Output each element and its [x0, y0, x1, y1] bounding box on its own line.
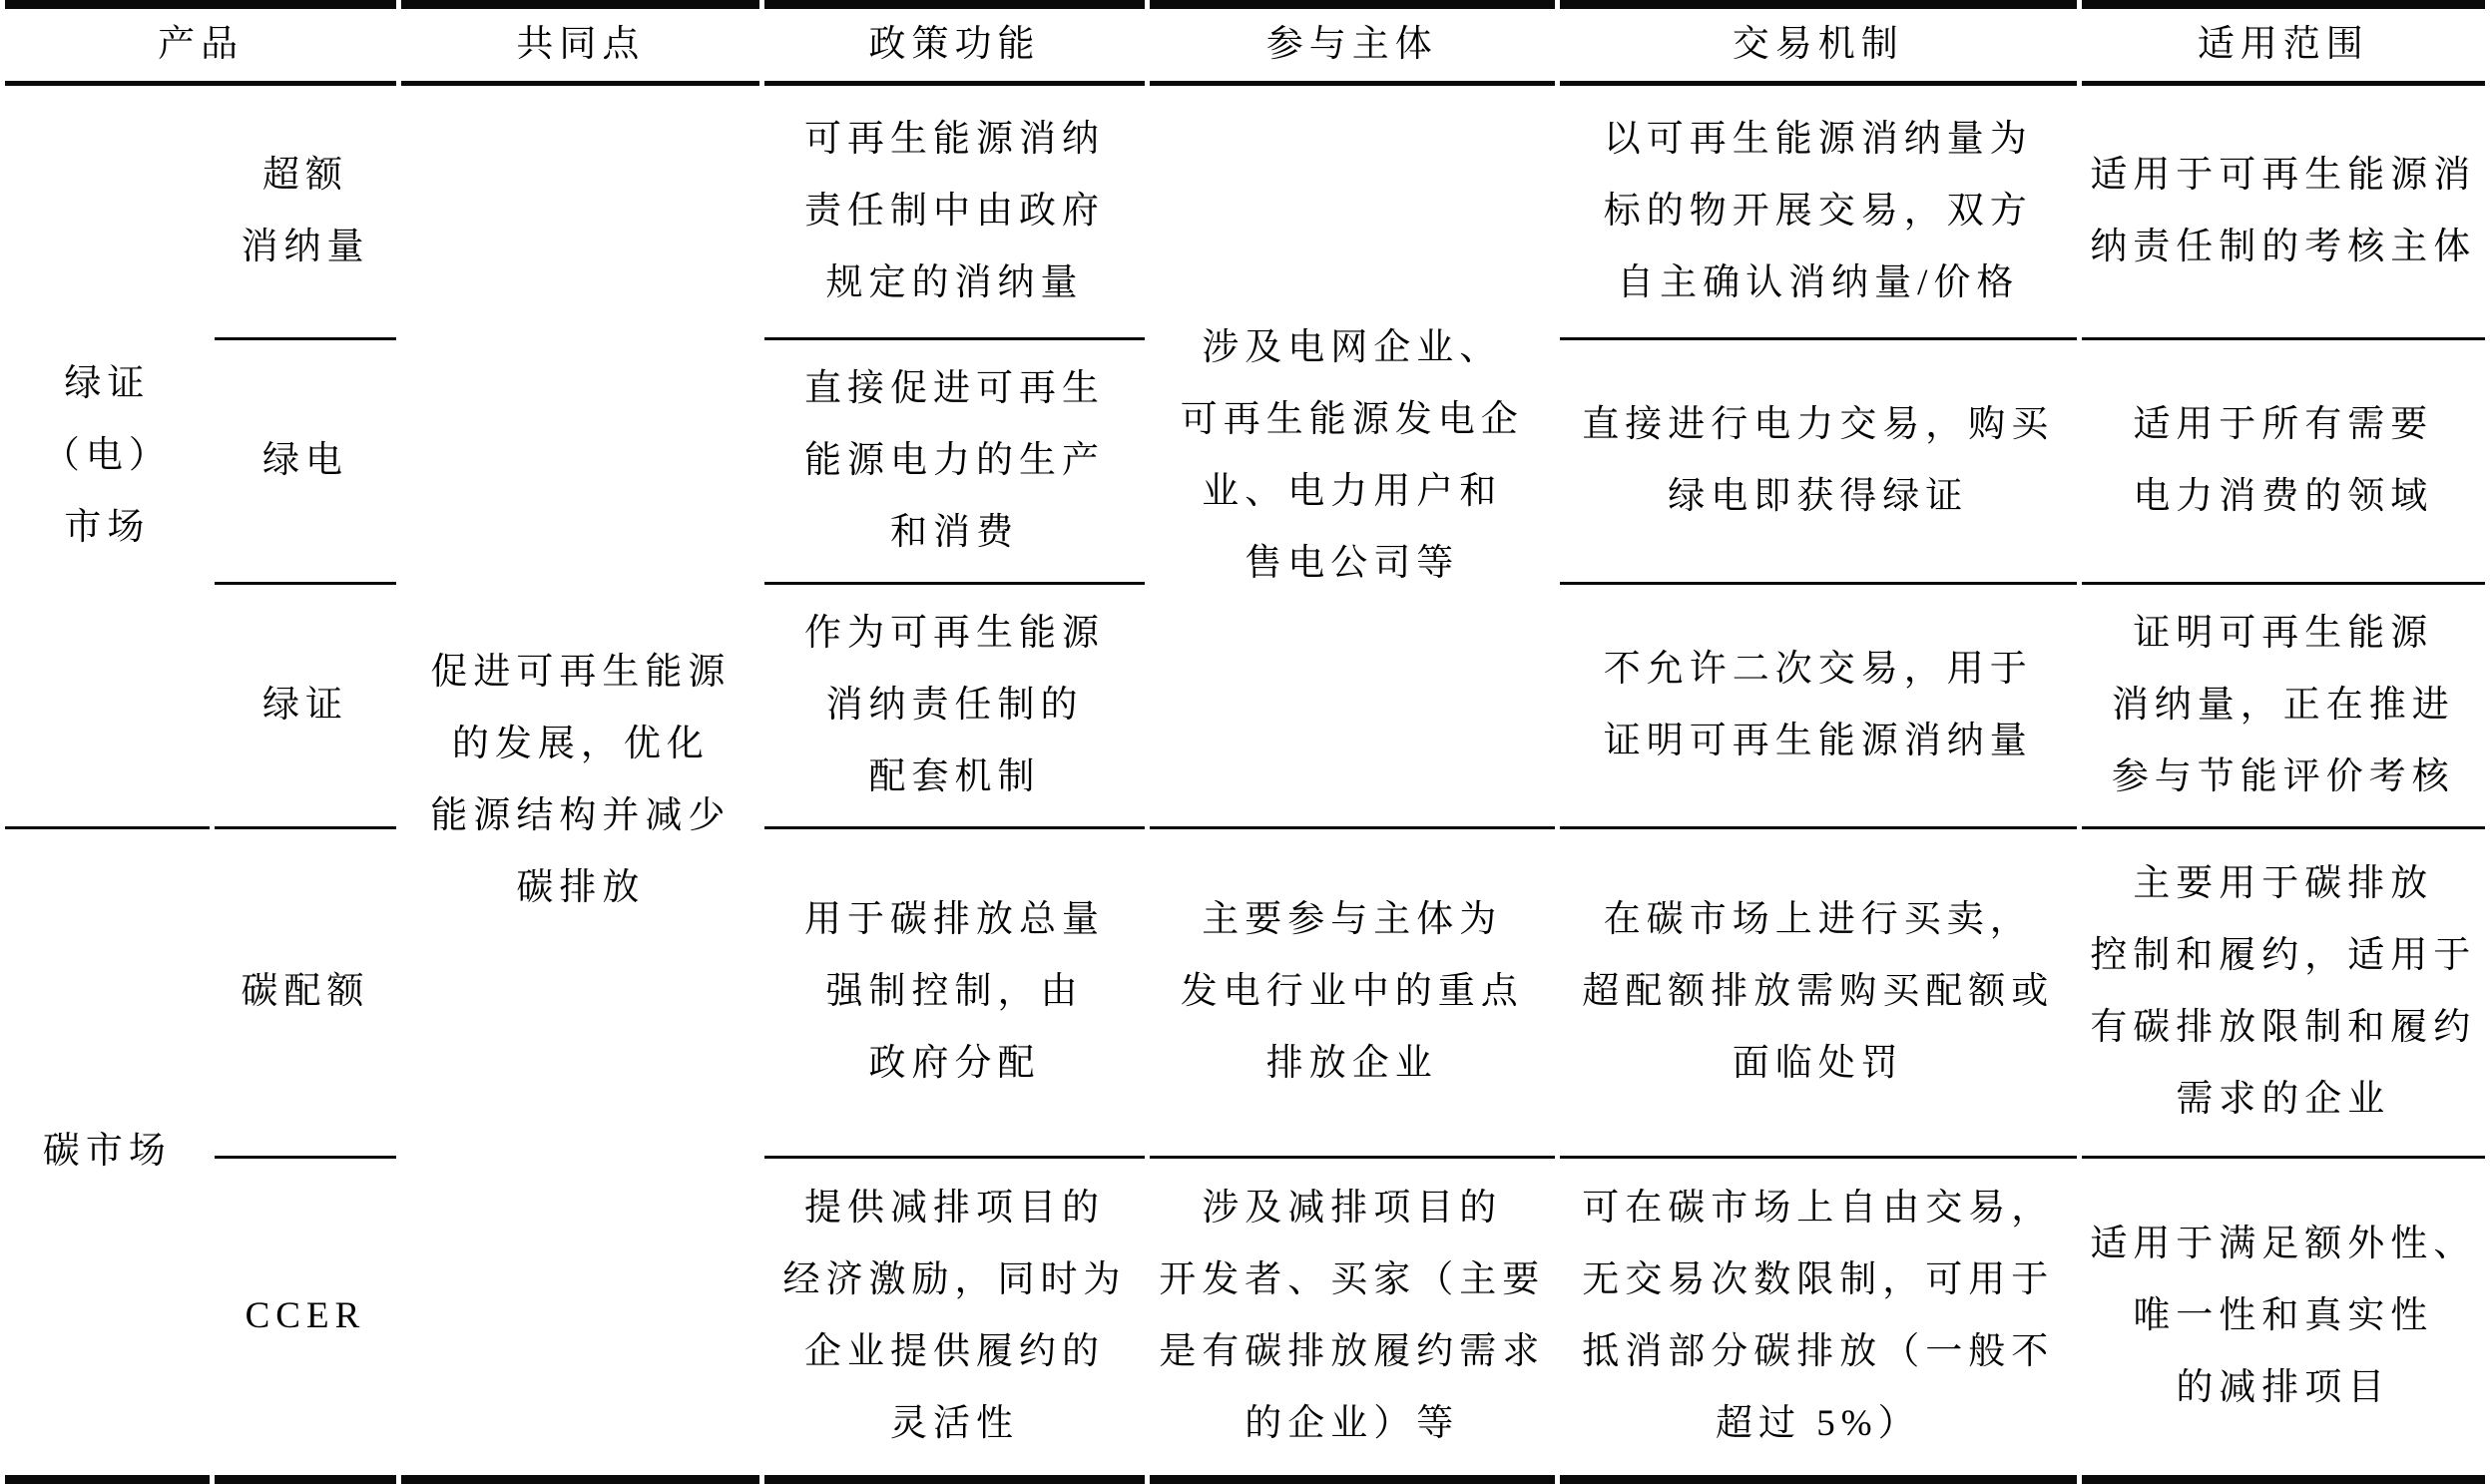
product-cell-ccer: CCER — [215, 1159, 397, 1484]
mechanism-cell-ccer: 可在碳市场上自由交易， 无交易次数限制，可用于 抵消部分碳排放（一般不 超过 5… — [1560, 1159, 2077, 1484]
scope-cell-ccer: 适用于满足额外性、 唯一性和真实性 的减排项目 — [2082, 1159, 2485, 1484]
product-cell-green-power: 绿电 — [215, 340, 397, 586]
mechanism-cell-excess-consumption: 以可再生能源消纳量为 标的物开展交易，双方 自主确认消纳量/价格 — [1560, 86, 2077, 340]
scope-cell-green-power: 适用于所有需要 电力消费的领域 — [2082, 340, 2485, 586]
common-points-cell: 促进可再生能源 的发展，优化 能源结构并减少 碳排放 — [401, 86, 759, 1484]
table-row: CCER 提供减排项目的 经济激励，同时为 企业提供履约的 灵活性 涉及减排项目… — [5, 1159, 2485, 1484]
header-trading-mechanism: 交易机制 — [1560, 0, 2077, 86]
product-cell-green-cert: 绿证 — [215, 585, 397, 829]
mechanism-cell-carbon-quota: 在碳市场上进行买卖， 超配额排放需购买配额或 面临处罚 — [1560, 829, 2077, 1159]
participants-cell-carbon-quota: 主要参与主体为 发电行业中的重点 排放企业 — [1150, 829, 1555, 1159]
header-row: 产品 共同点 政策功能 参与主体 交易机制 适用范围 — [5, 0, 2485, 86]
header-product: 产品 — [5, 0, 396, 86]
table-row: 绿证（电） 市场 超额 消纳量 促进可再生能源 的发展，优化 能源结构并减少 碳… — [5, 86, 2485, 340]
policy-cell-ccer: 提供减排项目的 经济激励，同时为 企业提供履约的 灵活性 — [764, 1159, 1144, 1484]
document-page: 产品 共同点 政策功能 参与主体 交易机制 适用范围 绿证（电） 市场 超额 消… — [0, 0, 2490, 1484]
participants-cell-green-cert-market: 涉及电网企业、 可再生能源发电企 业、电力用户和 售电公司等 — [1150, 86, 1555, 829]
participants-cell-ccer: 涉及减排项目的 开发者、买家（主要 是有碳排放履约需求 的企业）等 — [1150, 1159, 1555, 1484]
scope-cell-green-cert: 证明可再生能源 消纳量，正在推进 参与节能评价考核 — [2082, 585, 2485, 829]
product-cell-excess-consumption: 超额 消纳量 — [215, 86, 397, 340]
header-participants: 参与主体 — [1150, 0, 1555, 86]
header-policy-function: 政策功能 — [764, 0, 1144, 86]
policy-cell-green-cert: 作为可再生能源 消纳责任制的 配套机制 — [764, 585, 1144, 829]
policy-cell-excess-consumption: 可再生能源消纳 责任制中由政府 规定的消纳量 — [764, 86, 1144, 340]
mechanism-cell-green-power: 直接进行电力交易，购买 绿电即获得绿证 — [1560, 340, 2077, 586]
market-products-comparison-table: 产品 共同点 政策功能 参与主体 交易机制 适用范围 绿证（电） 市场 超额 消… — [0, 0, 2490, 1484]
product-cell-carbon-quota: 碳配额 — [215, 829, 397, 1159]
policy-cell-green-power: 直接促进可再生 能源电力的生产 和消费 — [764, 340, 1144, 586]
policy-cell-carbon-quota: 用于碳排放总量 强制控制，由 政府分配 — [764, 829, 1144, 1159]
header-common-points: 共同点 — [401, 0, 759, 86]
market-group-carbon-label: 碳市场 — [5, 829, 210, 1484]
mechanism-cell-green-cert: 不允许二次交易，用于 证明可再生能源消纳量 — [1560, 585, 2077, 829]
scope-cell-carbon-quota: 主要用于碳排放 控制和履约，适用于 有碳排放限制和履约 需求的企业 — [2082, 829, 2485, 1159]
scope-cell-excess-consumption: 适用于可再生能源消 纳责任制的考核主体 — [2082, 86, 2485, 340]
market-group-green-cert-label: 绿证（电） 市场 — [5, 86, 210, 829]
table-row: 碳市场 碳配额 用于碳排放总量 强制控制，由 政府分配 主要参与主体为 发电行业… — [5, 829, 2485, 1159]
header-scope: 适用范围 — [2082, 0, 2485, 86]
